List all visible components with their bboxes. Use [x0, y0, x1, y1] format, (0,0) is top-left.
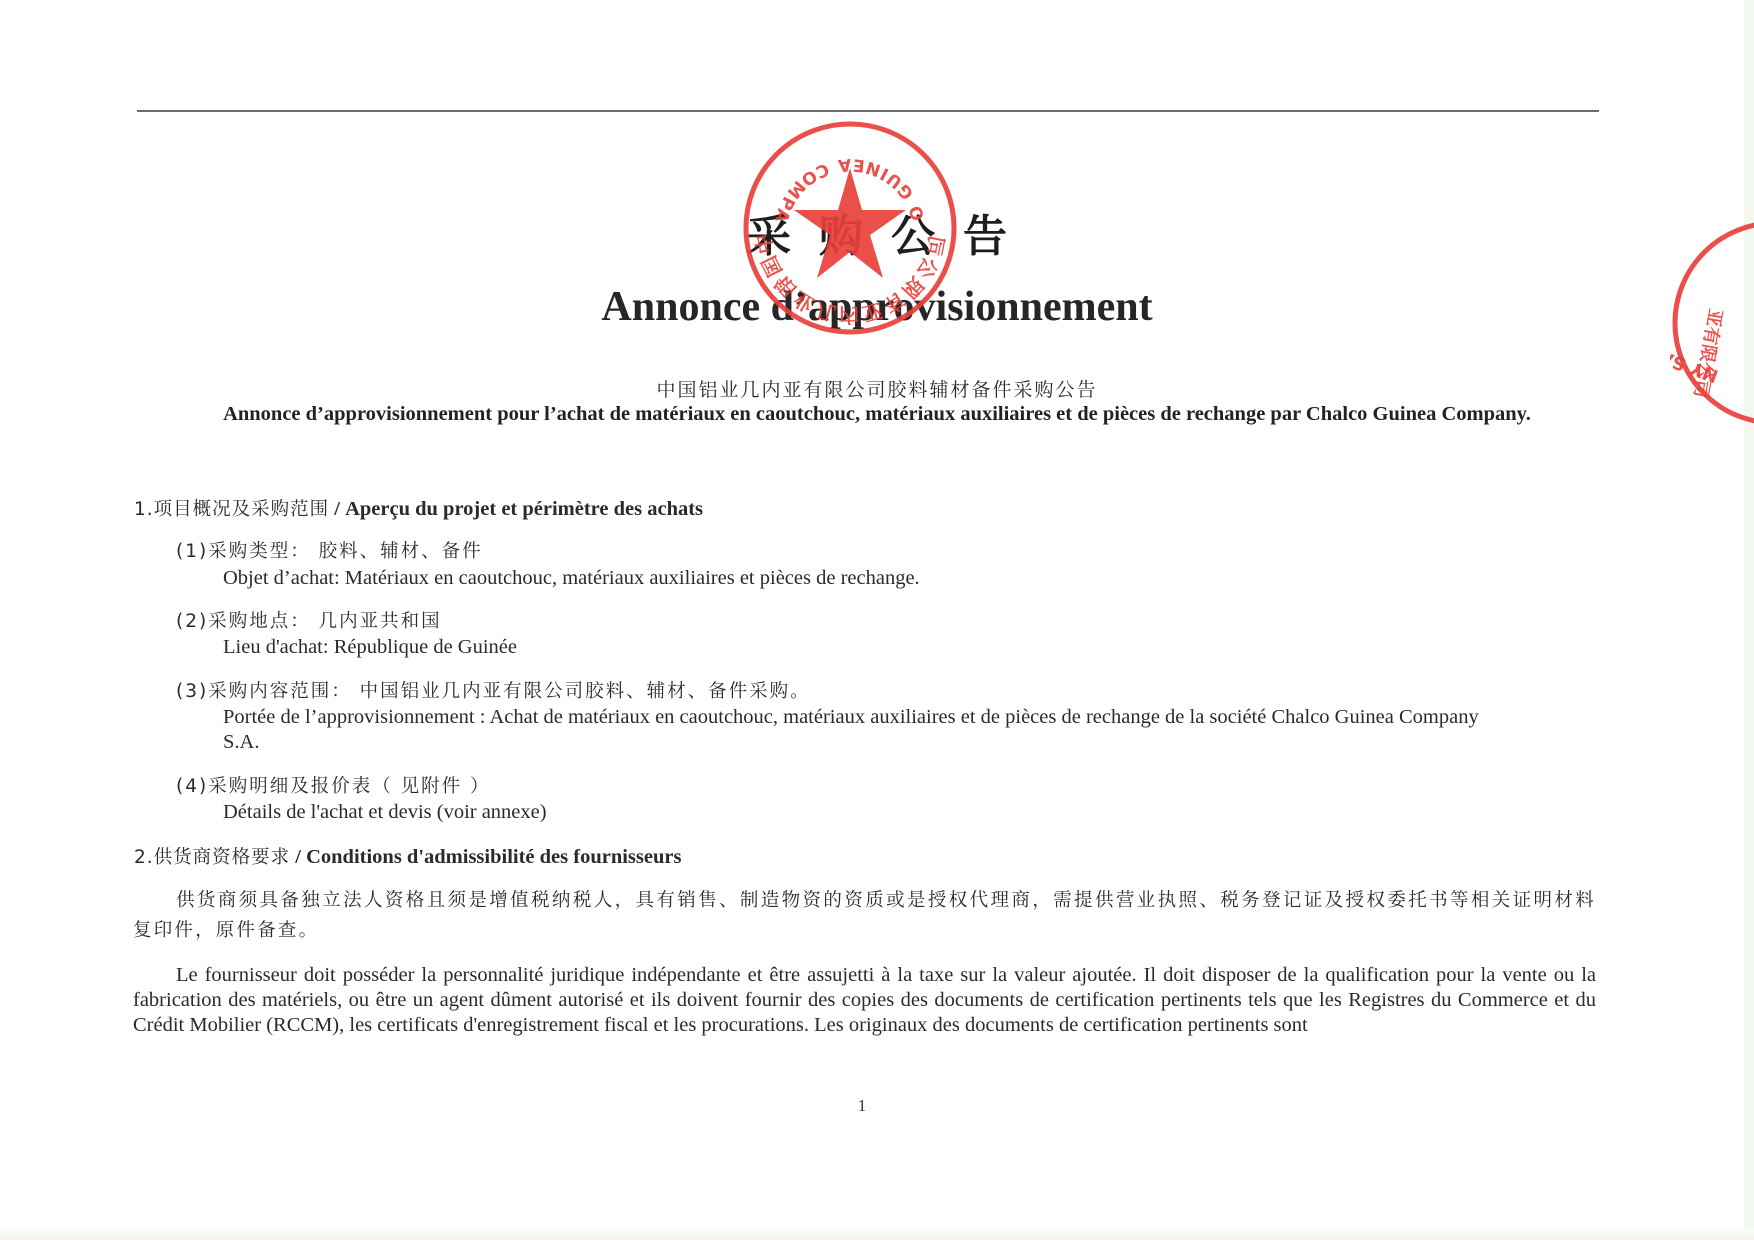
subtitle-fr: Annonce d’approvisionnement pour l’achat…: [0, 403, 1754, 426]
section-1-heading: 1.项目概况及采购范围 / Aperçu du projet et périmè…: [134, 495, 703, 521]
section-1-number: 1.项目概况及采购范围: [134, 499, 329, 520]
section-2-heading: 2.供货商资格要求 / Conditions d'admissibilité d…: [134, 843, 681, 869]
item-4-fr: Détails de l'achat et devis (voir annexe…: [223, 801, 547, 824]
item-2-cn: (2)采购地点： 几内亚共和国: [176, 607, 442, 633]
section-2-number: 2.供货商资格要求: [134, 847, 290, 868]
company-seal-icon: 中国铝业几内亚有限公司 CHALCO GUINEA COMPANY SA: [740, 118, 960, 338]
scan-edge-right: [1744, 0, 1754, 1240]
page-number: 1: [0, 1096, 1724, 1116]
item-3-fr: Portée de l’approvisionnement : Achat de…: [223, 706, 1479, 729]
item-1-cn: (1)采购类型： 胶料、辅材、备件: [176, 537, 483, 563]
scan-edge-bottom: [0, 1228, 1754, 1240]
item-3-fr-cont: S.A.: [223, 731, 259, 754]
section-1-title-fr: / Aperçu du projet et périmètre des acha…: [334, 498, 703, 520]
item-1-fr: Objet d’achat: Matériaux en caoutchouc, …: [223, 567, 920, 590]
section-2-title-fr: / Conditions d'admissibilité des fournis…: [295, 846, 681, 868]
item-4-cn: (4)采购明细及报价表（ 见附件 ）: [176, 772, 490, 798]
item-2-fr: Lieu d'achat: République de Guinée: [223, 636, 517, 659]
section-2-paragraph-fr: Le fournisseur doit posséder la personna…: [133, 963, 1596, 1038]
item-3-cn: (3)采购内容范围： 中国铝业几内亚有限公司胶料、辅材、备件采购。: [176, 677, 811, 703]
section-2-paragraph-cn: 供货商须具备独立法人资格且须是增值税纳税人，具有销售、制造物资的资质或是授权代理…: [133, 886, 1596, 946]
header-rule: [137, 110, 1599, 112]
subtitle-cn: 中国铝业几内亚有限公司胶料辅材备件采购公告: [0, 375, 1754, 402]
